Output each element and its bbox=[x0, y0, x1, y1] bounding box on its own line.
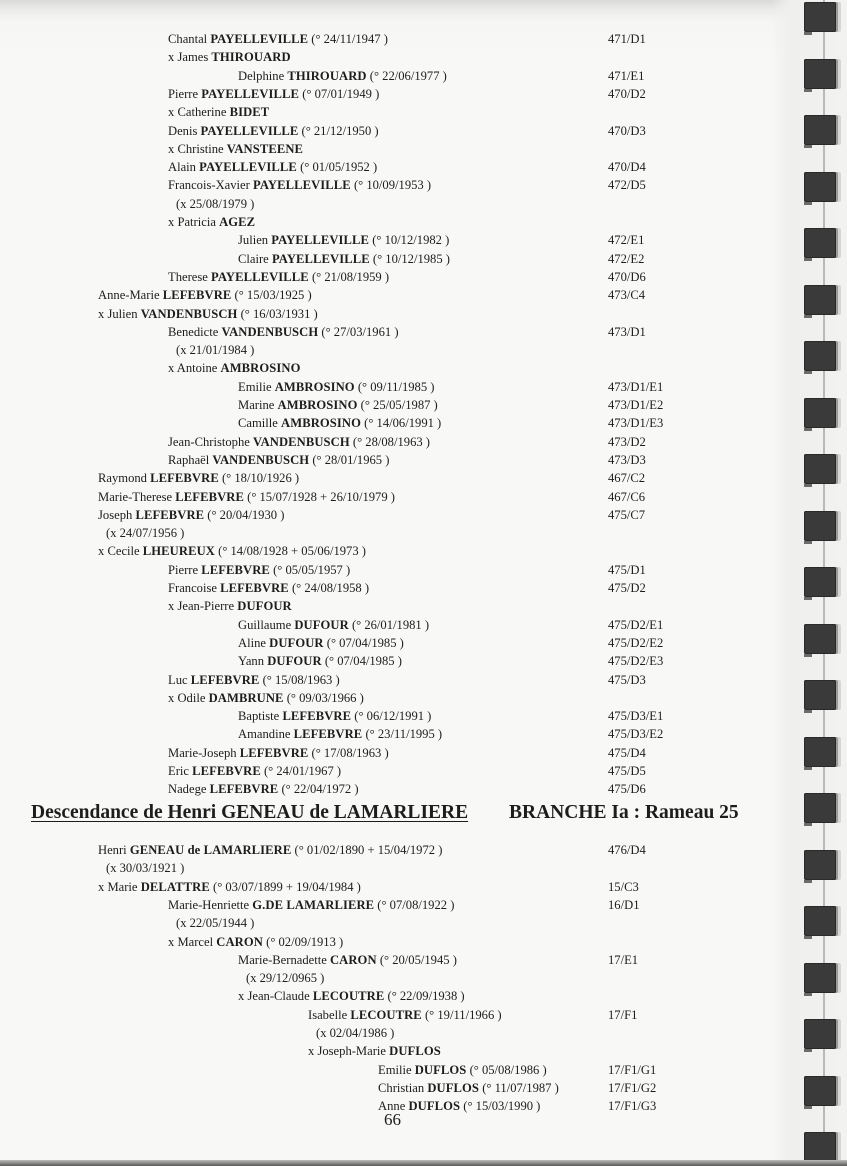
given-name: Christine bbox=[177, 142, 223, 156]
reference-code: 475/D6 bbox=[608, 782, 646, 797]
given-name: Emilie bbox=[378, 1063, 412, 1077]
binding-ring bbox=[804, 1132, 836, 1162]
given-name: (x 29/12/0965 ) bbox=[246, 971, 324, 985]
surname: LEFEBVRE bbox=[210, 782, 279, 796]
reference-code: 475/C7 bbox=[608, 508, 645, 523]
given-name: Pierre bbox=[168, 563, 198, 577]
given-name: Aline bbox=[238, 636, 266, 650]
binding-ring bbox=[804, 906, 836, 936]
given-name: Luc bbox=[168, 673, 188, 687]
surname: DAMBRUNE bbox=[209, 691, 284, 705]
given-name: Isabelle bbox=[308, 1008, 347, 1022]
life-dates: (° 01/05/1952 ) bbox=[300, 160, 377, 174]
life-dates: (° 05/05/1957 ) bbox=[273, 563, 350, 577]
given-name: Amandine bbox=[238, 727, 290, 741]
genealogy-entry: Yann DUFOUR (° 07/04/1985 ) bbox=[238, 654, 402, 669]
given-name: Francois-Xavier bbox=[168, 178, 250, 192]
surname: LEFEBVRE bbox=[135, 508, 204, 522]
genealogy-entry: Anne-Marie LEFEBVRE (° 15/03/1925 ) bbox=[98, 288, 312, 303]
surname: PAYELLEVILLE bbox=[253, 178, 351, 192]
reference-code: 475/D3 bbox=[608, 673, 646, 688]
binding-ring bbox=[804, 1076, 836, 1106]
reference-code: 17/F1/G3 bbox=[608, 1099, 656, 1114]
life-dates: (° 11/07/1987 ) bbox=[482, 1081, 559, 1095]
genealogy-entry: Camille AMBROSINO (° 14/06/1991 ) bbox=[238, 416, 441, 431]
reference-code: 473/C4 bbox=[608, 288, 645, 303]
life-dates: (° 09/03/1966 ) bbox=[287, 691, 364, 705]
life-dates: (° 15/03/1990 ) bbox=[463, 1099, 540, 1113]
given-name: Marie-Henriette bbox=[168, 898, 249, 912]
genealogy-entry: Amandine LEFEBVRE (° 23/11/1995 ) bbox=[238, 727, 442, 742]
given-name: Anne-Marie bbox=[98, 288, 160, 302]
life-dates: (° 24/01/1967 ) bbox=[264, 764, 341, 778]
reference-code: 17/F1 bbox=[608, 1008, 637, 1023]
binding-ring bbox=[804, 680, 836, 710]
surname: DUFOUR bbox=[267, 654, 321, 668]
spouse-marker: x bbox=[168, 361, 177, 375]
genealogy-entry: Francoise LEFEBVRE (° 24/08/1958 ) bbox=[168, 581, 369, 596]
binding-ring bbox=[804, 2, 836, 32]
surname: BIDET bbox=[230, 105, 270, 119]
reference-code: 17/E1 bbox=[608, 953, 638, 968]
reference-code: 471/E1 bbox=[608, 69, 644, 84]
given-name: Camille bbox=[238, 416, 278, 430]
surname: PAYELLEVILLE bbox=[211, 270, 309, 284]
genealogy-entry: Marie-Bernadette CARON (° 20/05/1945 ) bbox=[238, 953, 457, 968]
given-name: Catherine bbox=[177, 105, 226, 119]
reference-code: 471/D1 bbox=[608, 32, 646, 47]
genealogy-entry: x Patricia AGEZ bbox=[168, 215, 255, 230]
given-name: Benedicte bbox=[168, 325, 218, 339]
genealogy-entry: Marie-Joseph LEFEBVRE (° 17/08/1963 ) bbox=[168, 746, 389, 761]
genealogy-entry: Marie-Therese LEFEBVRE (° 15/07/1928 + 2… bbox=[98, 490, 395, 505]
genealogy-entry: Eric LEFEBVRE (° 24/01/1967 ) bbox=[168, 764, 341, 779]
given-name: Patricia bbox=[177, 215, 215, 229]
genealogy-entry: Chantal PAYELLEVILLE (° 24/11/1947 ) bbox=[168, 32, 388, 47]
genealogy-entry: Therese PAYELLEVILLE (° 21/08/1959 ) bbox=[168, 270, 389, 285]
given-name: Julien bbox=[107, 307, 137, 321]
surname: PAYELLEVILLE bbox=[210, 32, 308, 46]
surname: VANDENBUSCH bbox=[141, 307, 238, 321]
reference-code: 467/C2 bbox=[608, 471, 645, 486]
given-name: Odile bbox=[177, 691, 205, 705]
given-name: Joseph-Marie bbox=[317, 1044, 386, 1058]
given-name: Raphaël bbox=[168, 453, 209, 467]
reference-code: 475/D4 bbox=[608, 746, 646, 761]
genealogy-entry: Joseph LEFEBVRE (° 20/04/1930 ) bbox=[98, 508, 284, 523]
genealogy-entry: (x 24/07/1956 ) bbox=[106, 526, 184, 541]
life-dates: (° 25/05/1987 ) bbox=[361, 398, 438, 412]
life-dates: (° 10/09/1953 ) bbox=[354, 178, 431, 192]
genealogy-entry: Francois-Xavier PAYELLEVILLE (° 10/09/19… bbox=[168, 178, 431, 193]
life-dates: (° 10/12/1982 ) bbox=[372, 233, 449, 247]
binding-ring bbox=[804, 963, 836, 993]
genealogy-entry: x Christine VANSTEENE bbox=[168, 142, 303, 157]
life-dates: (° 06/12/1991 ) bbox=[354, 709, 431, 723]
binding-ring bbox=[804, 850, 836, 880]
genealogy-entry: (x 25/08/1979 ) bbox=[176, 197, 254, 212]
given-name: Marcel bbox=[177, 935, 213, 949]
surname: CARON bbox=[216, 935, 263, 949]
surname: DUFLOS bbox=[415, 1063, 467, 1077]
genealogy-entry: Claire PAYELLEVILLE (° 10/12/1985 ) bbox=[238, 252, 450, 267]
genealogy-entry: Christian DUFLOS (° 11/07/1987 ) bbox=[378, 1081, 559, 1096]
page-bottom-edge bbox=[0, 1160, 847, 1166]
given-name: Marie bbox=[107, 880, 137, 894]
genealogy-entry: Pierre LEFEBVRE (° 05/05/1957 ) bbox=[168, 563, 350, 578]
surname: LECOUTRE bbox=[350, 1008, 421, 1022]
branch-label: BRANCHE Ia : Rameau 25 bbox=[509, 802, 739, 824]
surname: LHEUREUX bbox=[143, 544, 215, 558]
life-dates: (° 05/08/1986 ) bbox=[470, 1063, 547, 1077]
surname: DUFLOS bbox=[389, 1044, 441, 1058]
given-name: Jean-Christophe bbox=[168, 435, 250, 449]
reference-code: 15/C3 bbox=[608, 880, 639, 895]
surname: LEFEBVRE bbox=[175, 490, 244, 504]
given-name: Francoise bbox=[168, 581, 217, 595]
genealogy-entry: Pierre PAYELLEVILLE (° 07/01/1949 ) bbox=[168, 87, 379, 102]
reference-code: 475/D2/E1 bbox=[608, 618, 663, 633]
given-name: Julien bbox=[238, 233, 268, 247]
given-name: Therese bbox=[168, 270, 208, 284]
given-name: James bbox=[177, 50, 208, 64]
reference-code: 470/D3 bbox=[608, 124, 646, 139]
life-dates: (° 07/01/1949 ) bbox=[302, 87, 379, 101]
surname: LEFEBVRE bbox=[192, 764, 261, 778]
surname: PAYELLEVILLE bbox=[199, 160, 297, 174]
reference-code: 475/D5 bbox=[608, 764, 646, 779]
life-dates: (° 17/08/1963 ) bbox=[312, 746, 389, 760]
page-number: 66 bbox=[384, 1110, 401, 1130]
surname: THIROUARD bbox=[211, 50, 290, 64]
given-name: Joseph bbox=[98, 508, 132, 522]
reference-code: 473/D1/E3 bbox=[608, 416, 663, 431]
surname: DUFOUR bbox=[294, 618, 348, 632]
reference-code: 475/D1 bbox=[608, 563, 646, 578]
life-dates: (° 10/12/1985 ) bbox=[373, 252, 450, 266]
genealogy-entry: x Marie DELATTRE (° 03/07/1899 + 19/04/1… bbox=[98, 880, 361, 895]
given-name: Jean-Pierre bbox=[177, 599, 234, 613]
given-name: Claire bbox=[238, 252, 269, 266]
genealogy-entry: x Antoine AMBROSINO bbox=[168, 361, 300, 376]
given-name: Marie-Therese bbox=[98, 490, 172, 504]
given-name: (x 25/08/1979 ) bbox=[176, 197, 254, 211]
genealogy-entry: Marie-Henriette G.DE LAMARLIERE (° 07/08… bbox=[168, 898, 454, 913]
reference-code: 470/D6 bbox=[608, 270, 646, 285]
binding-ring bbox=[804, 341, 836, 371]
surname: VANDENBUSCH bbox=[222, 325, 319, 339]
surname: DELATTRE bbox=[141, 880, 210, 894]
reference-code: 475/D3/E1 bbox=[608, 709, 663, 724]
given-name: Pierre bbox=[168, 87, 198, 101]
surname: LEFEBVRE bbox=[191, 673, 260, 687]
life-dates: (° 07/08/1922 ) bbox=[377, 898, 454, 912]
surname: AMBROSINO bbox=[221, 361, 301, 375]
section-heading: Descendance de Henri GENEAU de LAMARLIER… bbox=[31, 802, 468, 824]
given-name: (x 02/04/1986 ) bbox=[316, 1026, 394, 1040]
given-name: Eric bbox=[168, 764, 189, 778]
genealogy-entry: Nadege LEFEBVRE (° 22/04/1972 ) bbox=[168, 782, 359, 797]
surname: DUFOUR bbox=[269, 636, 323, 650]
life-dates: (° 07/04/1985 ) bbox=[325, 654, 402, 668]
life-dates: (° 02/09/1913 ) bbox=[266, 935, 343, 949]
given-name: Denis bbox=[168, 124, 197, 138]
surname: AMBROSINO bbox=[281, 416, 361, 430]
reference-code: 473/D2 bbox=[608, 435, 646, 450]
genealogy-entry: Emilie AMBROSINO (° 09/11/1985 ) bbox=[238, 380, 435, 395]
life-dates: (° 19/11/1966 ) bbox=[425, 1008, 502, 1022]
surname: DUFLOS bbox=[408, 1099, 460, 1113]
genealogy-entry: Henri GENEAU de LAMARLIERE (° 01/02/1890… bbox=[98, 843, 442, 858]
binding-ring bbox=[804, 228, 836, 258]
genealogy-entry: Denis PAYELLEVILLE (° 21/12/1950 ) bbox=[168, 124, 379, 139]
life-dates: (° 14/06/1991 ) bbox=[364, 416, 441, 430]
surname: AGEZ bbox=[219, 215, 255, 229]
life-dates: (° 16/03/1931 ) bbox=[241, 307, 318, 321]
given-name: Baptiste bbox=[238, 709, 279, 723]
binding-ring bbox=[804, 511, 836, 541]
genealogy-entry: x Joseph-Marie DUFLOS bbox=[308, 1044, 441, 1059]
genealogy-entry: (x 29/12/0965 ) bbox=[246, 971, 324, 986]
given-name: (x 21/01/1984 ) bbox=[176, 343, 254, 357]
life-dates: (° 20/04/1930 ) bbox=[207, 508, 284, 522]
reference-code: 16/D1 bbox=[608, 898, 639, 913]
surname: AMBROSINO bbox=[275, 380, 355, 394]
reference-code: 467/C6 bbox=[608, 490, 645, 505]
reference-code: 472/D5 bbox=[608, 178, 646, 193]
life-dates: (° 22/09/1938 ) bbox=[388, 989, 465, 1003]
given-name: Chantal bbox=[168, 32, 207, 46]
surname: VANSTEENE bbox=[227, 142, 303, 156]
surname: G.DE LAMARLIERE bbox=[252, 898, 374, 912]
binding-ring bbox=[804, 1019, 836, 1049]
genealogy-entry: x Julien VANDENBUSCH (° 16/03/1931 ) bbox=[98, 307, 318, 322]
genealogy-entry: Guillaume DUFOUR (° 26/01/1981 ) bbox=[238, 618, 429, 633]
surname: PAYELLEVILLE bbox=[271, 233, 369, 247]
genealogy-entry: Marine AMBROSINO (° 25/05/1987 ) bbox=[238, 398, 438, 413]
life-dates: (° 03/07/1899 + 19/04/1984 ) bbox=[213, 880, 361, 894]
genealogy-entry: x James THIROUARD bbox=[168, 50, 291, 65]
life-dates: (° 21/08/1959 ) bbox=[312, 270, 389, 284]
genealogy-entry: (x 30/03/1921 ) bbox=[106, 861, 184, 876]
genealogy-entry: Julien PAYELLEVILLE (° 10/12/1982 ) bbox=[238, 233, 449, 248]
binding-ring bbox=[804, 737, 836, 767]
life-dates: (° 24/11/1947 ) bbox=[311, 32, 388, 46]
reference-code: 475/D2 bbox=[608, 581, 646, 596]
genealogy-entry: Luc LEFEBVRE (° 15/08/1963 ) bbox=[168, 673, 340, 688]
given-name: Raymond bbox=[98, 471, 147, 485]
life-dates: (° 07/04/1985 ) bbox=[327, 636, 404, 650]
given-name: Marine bbox=[238, 398, 274, 412]
genealogy-entry: (x 21/01/1984 ) bbox=[176, 343, 254, 358]
binding-ring bbox=[804, 59, 836, 89]
genealogy-entry: x Cecile LHEUREUX (° 14/08/1928 + 05/06/… bbox=[98, 544, 366, 559]
surname: PAYELLEVILLE bbox=[201, 87, 299, 101]
surname: LECOUTRE bbox=[313, 989, 384, 1003]
binding-ring bbox=[804, 624, 836, 654]
reference-code: 475/D2/E3 bbox=[608, 654, 663, 669]
reference-code: 472/E2 bbox=[608, 252, 644, 267]
reference-code: 470/D2 bbox=[608, 87, 646, 102]
surname: PAYELLEVILLE bbox=[201, 124, 299, 138]
life-dates: (° 26/01/1981 ) bbox=[352, 618, 429, 632]
surname: VANDENBUSCH bbox=[253, 435, 350, 449]
life-dates: (° 14/08/1928 + 05/06/1973 ) bbox=[218, 544, 366, 558]
reference-code: 476/D4 bbox=[608, 843, 646, 858]
given-name: Jean-Claude bbox=[247, 989, 309, 1003]
given-name: (x 24/07/1956 ) bbox=[106, 526, 184, 540]
life-dates: (° 01/02/1890 + 15/04/1972 ) bbox=[295, 843, 443, 857]
given-name: Nadege bbox=[168, 782, 206, 796]
given-name: Emilie bbox=[238, 380, 272, 394]
given-name: Cecile bbox=[107, 544, 139, 558]
surname: LEFEBVRE bbox=[163, 288, 232, 302]
surname: GENEAU de LAMARLIERE bbox=[130, 843, 292, 857]
life-dates: (° 27/03/1961 ) bbox=[321, 325, 398, 339]
given-name: Antoine bbox=[177, 361, 218, 375]
genealogy-entry: Anne DUFLOS (° 15/03/1990 ) bbox=[378, 1099, 540, 1114]
life-dates: (° 15/07/1928 + 26/10/1979 ) bbox=[247, 490, 395, 504]
surname: AMBROSINO bbox=[278, 398, 358, 412]
given-name: Alain bbox=[168, 160, 196, 174]
given-name: Guillaume bbox=[238, 618, 291, 632]
reference-code: 473/D1 bbox=[608, 325, 646, 340]
given-name: Henri bbox=[98, 843, 127, 857]
genealogy-entry: x Jean-Claude LECOUTRE (° 22/09/1938 ) bbox=[238, 989, 465, 1004]
surname: LEFEBVRE bbox=[150, 471, 219, 485]
binding-ring bbox=[804, 285, 836, 315]
binding-ring bbox=[804, 793, 836, 823]
surname: THIROUARD bbox=[287, 69, 366, 83]
given-name: Marie-Joseph bbox=[168, 746, 237, 760]
life-dates: (° 22/04/1972 ) bbox=[281, 782, 358, 796]
genealogy-entry: Baptiste LEFEBVRE (° 06/12/1991 ) bbox=[238, 709, 431, 724]
reference-code: 473/D1/E2 bbox=[608, 398, 663, 413]
given-name: Delphine bbox=[238, 69, 284, 83]
binding-ring bbox=[804, 115, 836, 145]
surname: PAYELLEVILLE bbox=[272, 252, 370, 266]
genealogy-entry: (x 22/05/1944 ) bbox=[176, 916, 254, 931]
genealogy-entry: Jean-Christophe VANDENBUSCH (° 28/08/196… bbox=[168, 435, 430, 450]
reference-code: 17/F1/G1 bbox=[608, 1063, 656, 1078]
surname: CARON bbox=[330, 953, 377, 967]
reference-code: 475/D2/E2 bbox=[608, 636, 663, 651]
genealogy-entry: Raphaël VANDENBUSCH (° 28/01/1965 ) bbox=[168, 453, 389, 468]
life-dates: (° 28/01/1965 ) bbox=[312, 453, 389, 467]
binding-ring bbox=[804, 567, 836, 597]
life-dates: (° 15/03/1925 ) bbox=[235, 288, 312, 302]
surname: DUFOUR bbox=[237, 599, 291, 613]
life-dates: (° 15/08/1963 ) bbox=[263, 673, 340, 687]
life-dates: (° 21/12/1950 ) bbox=[302, 124, 379, 138]
binding-ring bbox=[804, 454, 836, 484]
genealogy-entry: x Catherine BIDET bbox=[168, 105, 269, 120]
given-name: Marie-Bernadette bbox=[238, 953, 327, 967]
genealogy-entry: Alain PAYELLEVILLE (° 01/05/1952 ) bbox=[168, 160, 377, 175]
genealogy-entry: (x 02/04/1986 ) bbox=[316, 1026, 394, 1041]
genealogy-entry: Aline DUFOUR (° 07/04/1985 ) bbox=[238, 636, 404, 651]
given-name: (x 30/03/1921 ) bbox=[106, 861, 184, 875]
genealogy-entry: x Marcel CARON (° 02/09/1913 ) bbox=[168, 935, 343, 950]
surname: DUFLOS bbox=[427, 1081, 479, 1095]
genealogy-entry: Delphine THIROUARD (° 22/06/1977 ) bbox=[238, 69, 447, 84]
genealogy-entry: Emilie DUFLOS (° 05/08/1986 ) bbox=[378, 1063, 547, 1078]
reference-code: 17/F1/G2 bbox=[608, 1081, 656, 1096]
genealogy-entry: x Jean-Pierre DUFOUR bbox=[168, 599, 292, 614]
genealogy-entry: x Odile DAMBRUNE (° 09/03/1966 ) bbox=[168, 691, 364, 706]
surname: VANDENBUSCH bbox=[212, 453, 309, 467]
surname: LEFEBVRE bbox=[201, 563, 270, 577]
surname: LEFEBVRE bbox=[240, 746, 309, 760]
genealogy-entry: Isabelle LECOUTRE (° 19/11/1966 ) bbox=[308, 1008, 502, 1023]
life-dates: (° 20/05/1945 ) bbox=[380, 953, 457, 967]
surname: LEFEBVRE bbox=[220, 581, 289, 595]
reference-code: 470/D4 bbox=[608, 160, 646, 175]
life-dates: (° 23/11/1995 ) bbox=[365, 727, 442, 741]
given-name: (x 22/05/1944 ) bbox=[176, 916, 254, 930]
reference-code: 473/D1/E1 bbox=[608, 380, 663, 395]
life-dates: (° 24/08/1958 ) bbox=[292, 581, 369, 595]
reference-code: 472/E1 bbox=[608, 233, 644, 248]
life-dates: (° 28/08/1963 ) bbox=[353, 435, 430, 449]
binding-ring bbox=[804, 398, 836, 428]
surname: LEFEBVRE bbox=[294, 727, 363, 741]
life-dates: (° 09/11/1985 ) bbox=[358, 380, 435, 394]
genealogy-entry: Benedicte VANDENBUSCH (° 27/03/1961 ) bbox=[168, 325, 399, 340]
binding-ring bbox=[804, 172, 836, 202]
life-dates: (° 18/10/1926 ) bbox=[222, 471, 299, 485]
life-dates: (° 22/06/1977 ) bbox=[370, 69, 447, 83]
genealogy-entry: Raymond LEFEBVRE (° 18/10/1926 ) bbox=[98, 471, 299, 486]
reference-code: 475/D3/E2 bbox=[608, 727, 663, 742]
given-name: Yann bbox=[238, 654, 264, 668]
given-name: Christian bbox=[378, 1081, 424, 1095]
reference-code: 473/D3 bbox=[608, 453, 646, 468]
surname: LEFEBVRE bbox=[282, 709, 351, 723]
